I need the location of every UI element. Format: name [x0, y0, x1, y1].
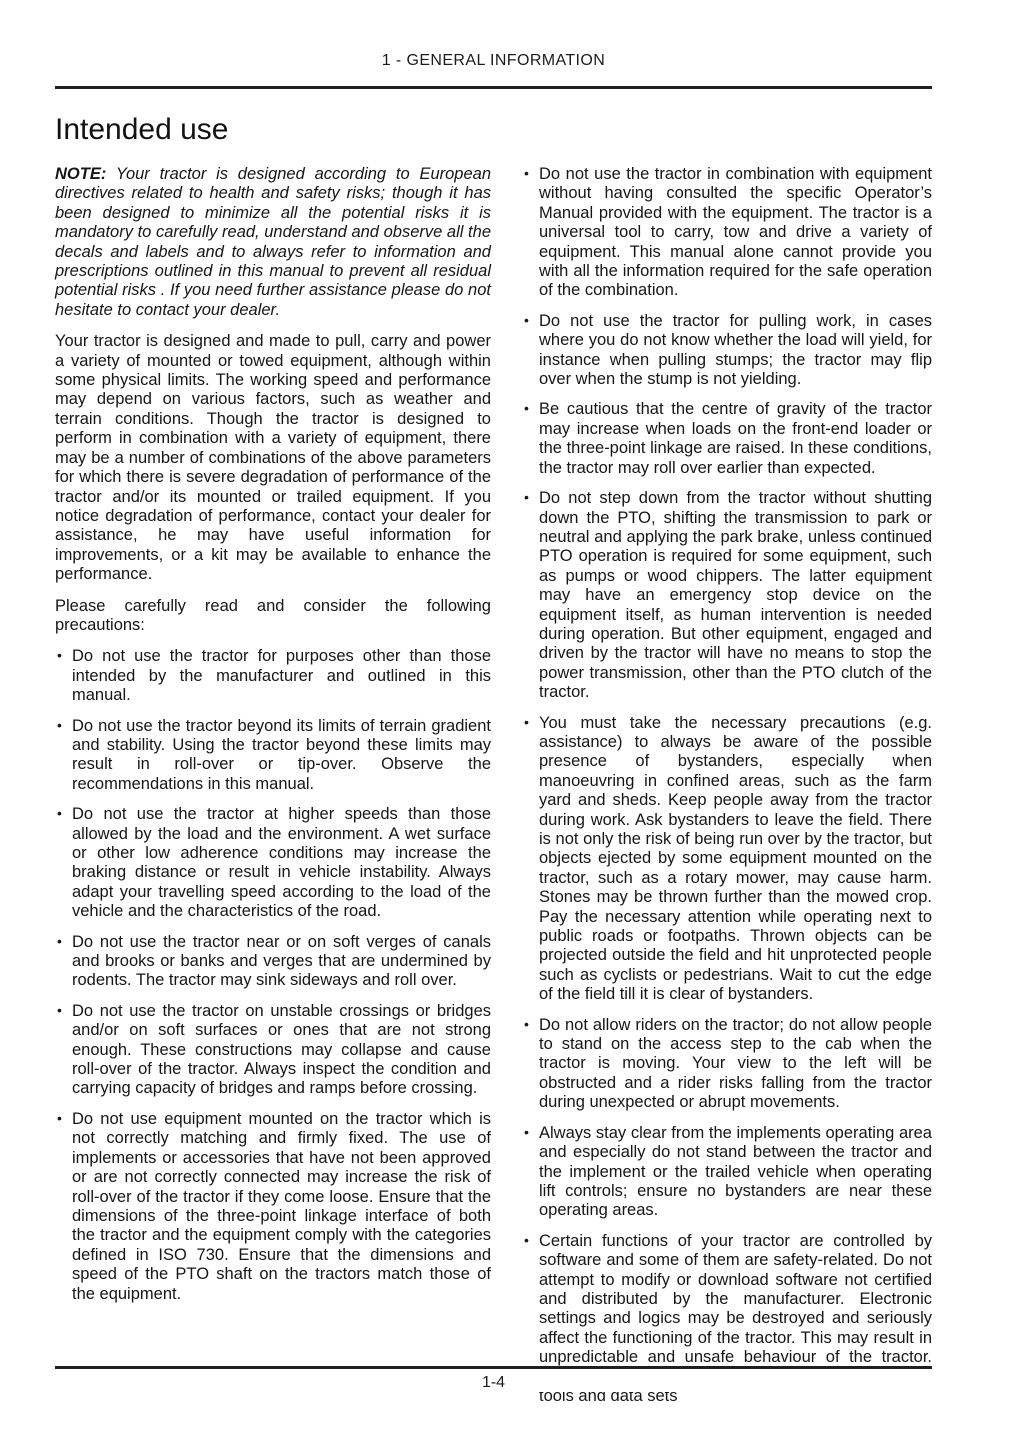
bullet-item: Be cautious that the centre of gravity o…	[522, 400, 932, 478]
note-paragraph: NOTE: Your tractor is designed according…	[55, 165, 491, 320]
bullet-item: Do not step down from the tractor withou…	[522, 489, 932, 702]
two-column-body: NOTE: Your tractor is designed according…	[55, 165, 932, 1417]
bullet-item: Do not use the tractor on unstable cross…	[55, 1002, 491, 1099]
note-label: NOTE:	[55, 165, 106, 183]
bullet-item: Do not use the tractor near or on soft v…	[55, 933, 491, 991]
note-text: Your tractor is designed according to Eu…	[55, 165, 491, 319]
manual-page: 1 - GENERAL INFORMATION Intended use NOT…	[0, 0, 1024, 1448]
left-column: NOTE: Your tractor is designed according…	[55, 165, 491, 1417]
bullet-item: Do not use the tractor in combination wi…	[522, 165, 932, 301]
bullet-item: You must take the necessary precautions …	[522, 714, 932, 1005]
bullet-item: Do not use equipment mounted on the trac…	[55, 1110, 491, 1304]
body-paragraph: Your tractor is designed and made to pul…	[55, 332, 491, 584]
bullet-item: Always stay clear from the implements op…	[522, 1124, 932, 1221]
chapter-header: 1 - GENERAL INFORMATION	[55, 52, 932, 70]
bullet-item: Do not use the tractor for purposes othe…	[55, 647, 491, 705]
body-paragraph: Please carefully read and consider the f…	[55, 597, 491, 636]
bullet-item: Do not use the tractor beyond its limits…	[55, 717, 491, 795]
page-footer: 1-4	[55, 1366, 932, 1392]
page-number: 1-4	[482, 1374, 505, 1391]
precaution-list-right: Do not use the tractor in combination wi…	[522, 165, 932, 1406]
header-rule	[55, 86, 932, 89]
page-title: Intended use	[55, 115, 932, 145]
precaution-list-left: Do not use the tractor for purposes othe…	[55, 647, 491, 1304]
bullet-item: Do not allow riders on the tractor; do n…	[522, 1016, 932, 1113]
bullet-item: Do not use the tractor for pulling work,…	[522, 312, 932, 390]
bullet-item: Do not use the tractor at higher speeds …	[55, 805, 491, 921]
right-column: Do not use the tractor in combination wi…	[522, 165, 932, 1417]
